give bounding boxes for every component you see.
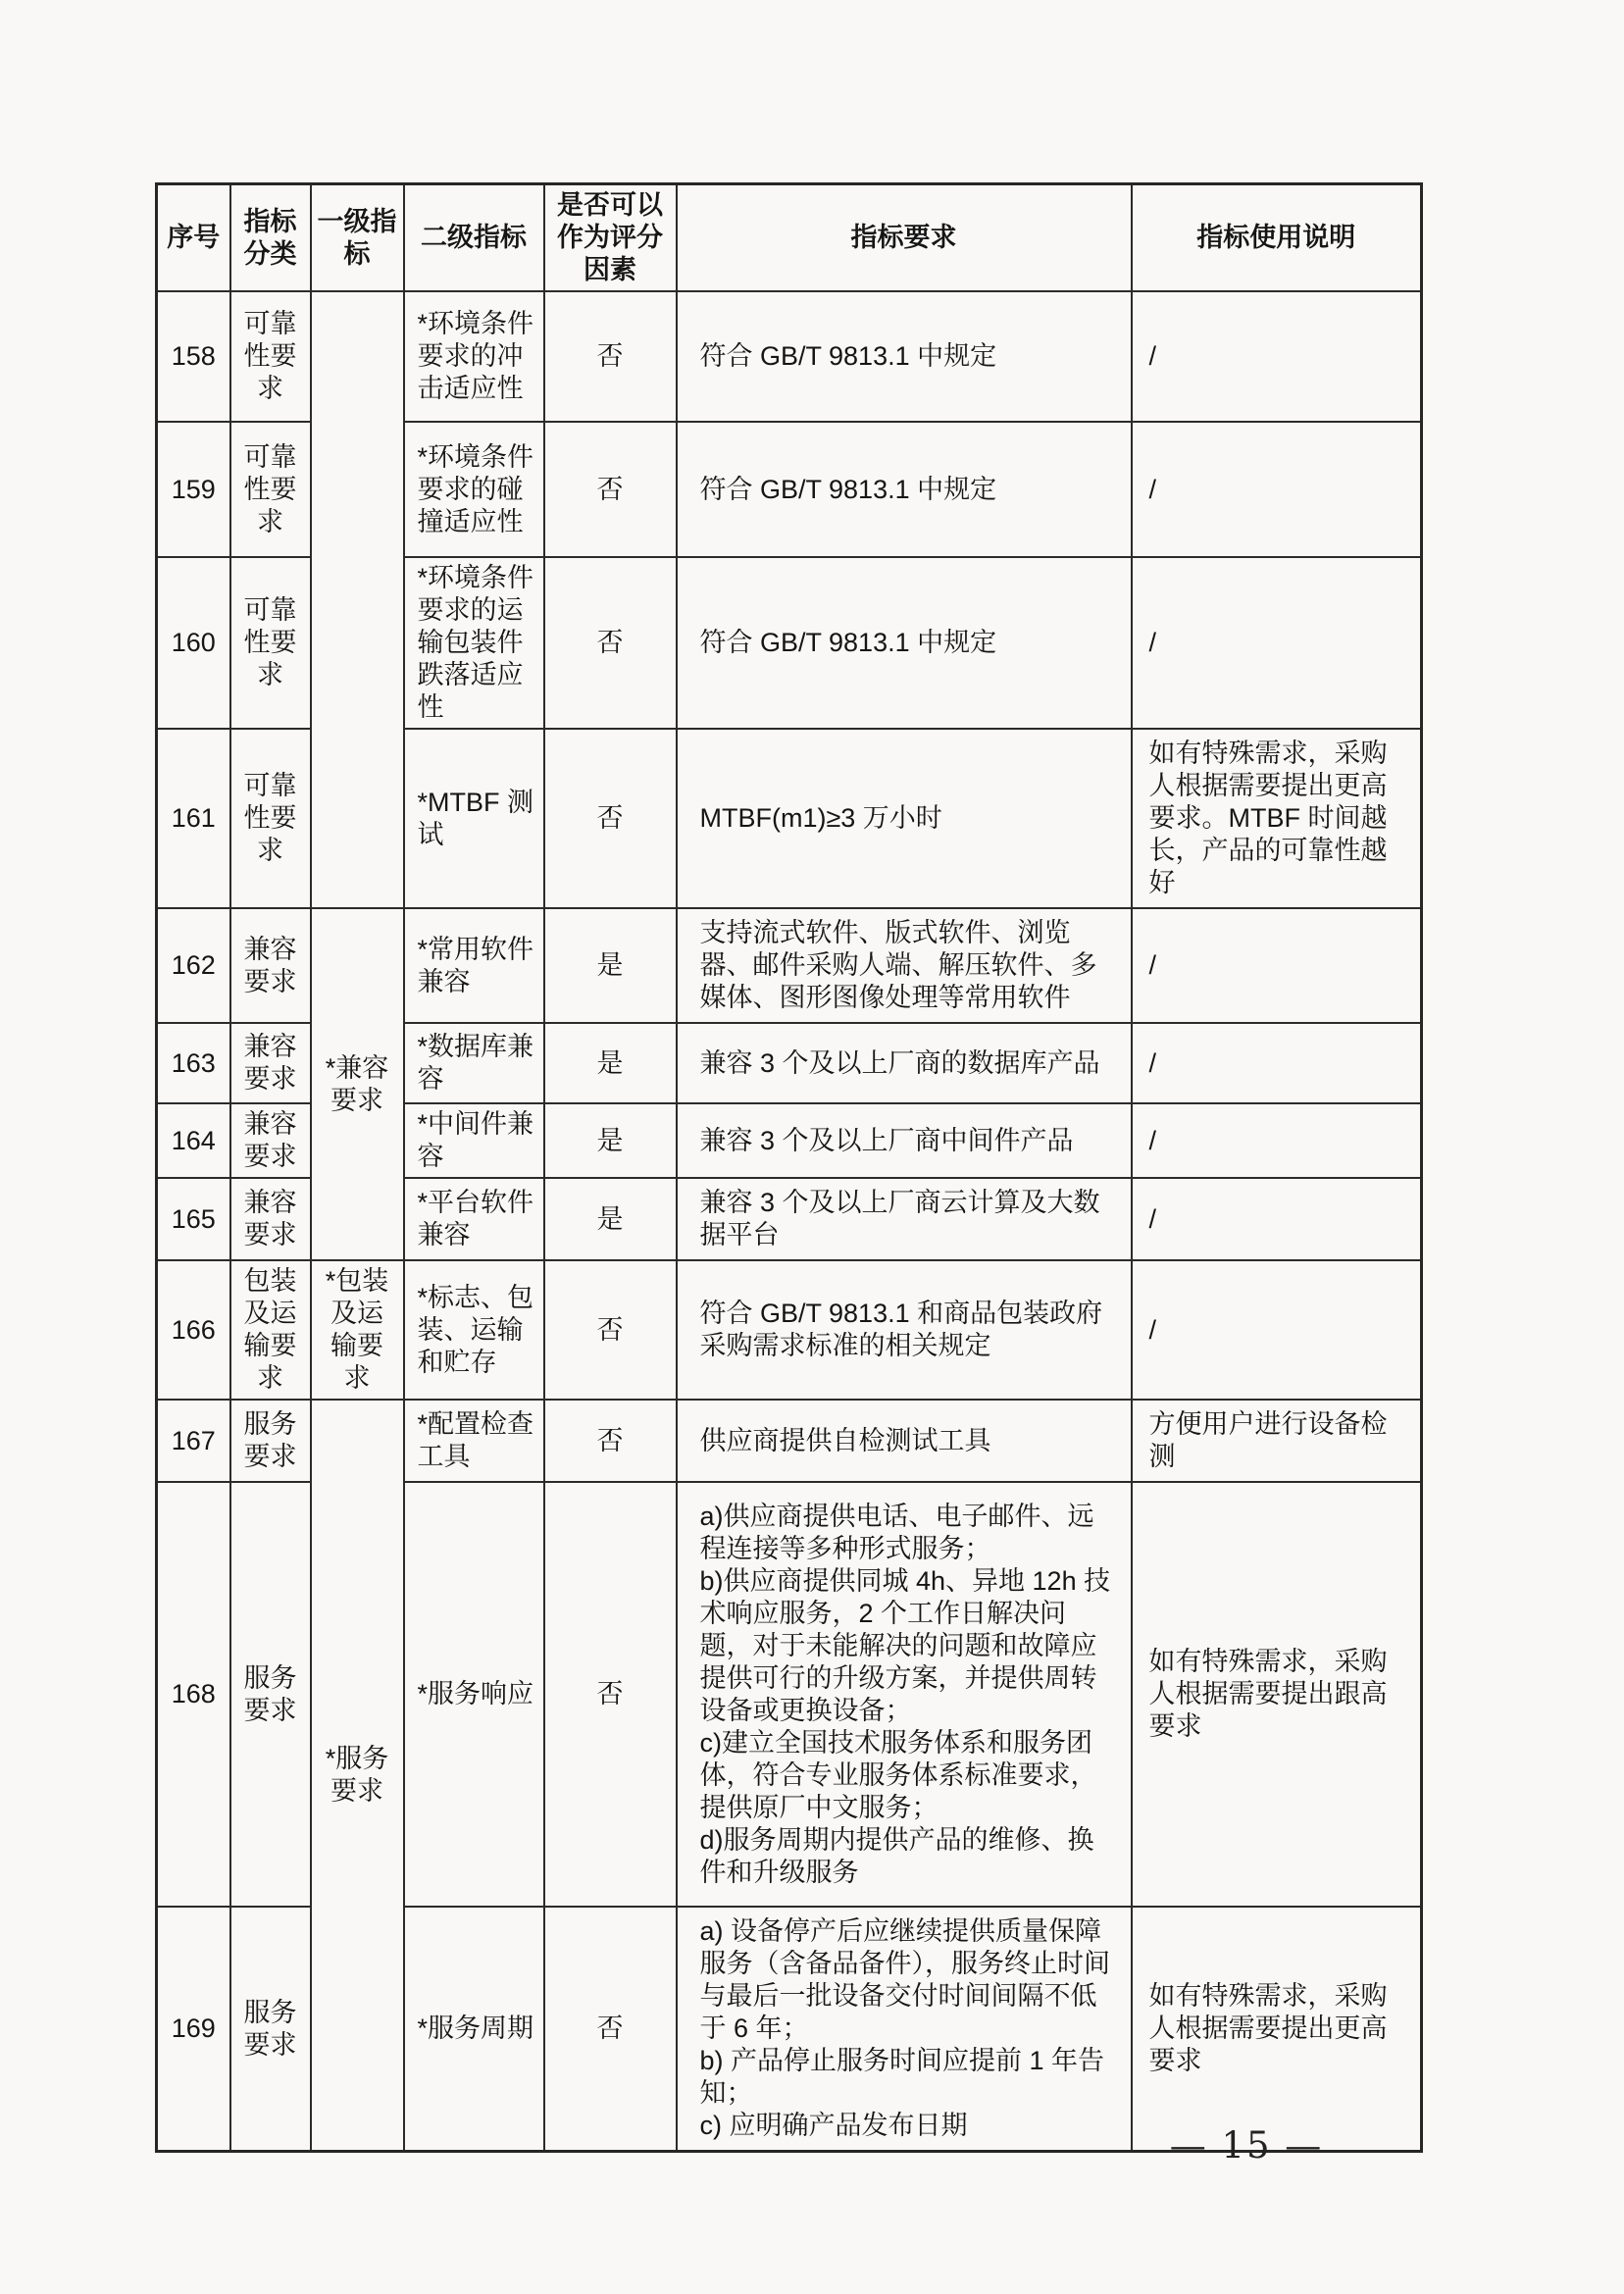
- cell-level2: *常用软件兼容: [404, 908, 544, 1023]
- cell-level2: *服务周期: [404, 1907, 544, 2152]
- cell-usage: /: [1132, 908, 1422, 1023]
- cell-no: 167: [157, 1400, 230, 1482]
- cell-scoring: 否: [544, 422, 677, 557]
- document-page: 序号 指标分类 一级指标 二级指标 是否可以作为评分因素 指标要求 指标使用说明…: [0, 0, 1624, 2294]
- cell-scoring: 是: [544, 1023, 677, 1103]
- cell-level2: *标志、包装、运输和贮存: [404, 1260, 544, 1400]
- cell-usage: 如有特殊需求，采购人根据需要提出跟高要求: [1132, 1482, 1422, 1907]
- cell-level1: *包装及运输要求: [311, 1260, 404, 1400]
- cell-requirement: 供应商提供自检测试工具: [677, 1400, 1132, 1482]
- cell-scoring: 否: [544, 1260, 677, 1400]
- cell-usage: 方便用户进行设备检测: [1132, 1400, 1422, 1482]
- cell-requirement: a) 设备停产后应继续提供质量保障服务（含备品备件），服务终止时间与最后一批设备…: [677, 1907, 1132, 2152]
- cell-category: 兼容要求: [230, 1023, 311, 1103]
- cell-category: 可靠性要求: [230, 291, 311, 422]
- cell-requirement: 兼容 3 个及以上厂商中间件产品: [677, 1103, 1132, 1178]
- cell-no: 158: [157, 291, 230, 422]
- cell-no: 164: [157, 1103, 230, 1178]
- cell-no: 159: [157, 422, 230, 557]
- cell-scoring: 否: [544, 291, 677, 422]
- cell-usage: 如有特殊需求，采购人根据需要提出更高要求: [1132, 1907, 1422, 2152]
- cell-category: 服务要求: [230, 1482, 311, 1907]
- header-category: 指标分类: [230, 184, 311, 292]
- cell-usage: /: [1132, 1260, 1422, 1400]
- header-scoring: 是否可以作为评分因素: [544, 184, 677, 292]
- cell-scoring: 否: [544, 1907, 677, 2152]
- cell-level2: *MTBF 测试: [404, 729, 544, 908]
- table-row: 162 兼容要求 *兼容要求 *常用软件兼容 是 支持流式软件、版式软件、浏览器…: [157, 908, 1422, 1023]
- page-number: — 15 —: [1124, 2124, 1369, 2167]
- cell-usage: /: [1132, 422, 1422, 557]
- cell-requirement: 符合 GB/T 9813.1 中规定: [677, 422, 1132, 557]
- cell-usage: 如有特殊需求，采购人根据需要提出更高要求。MTBF 时间越长，产品的可靠性越好: [1132, 729, 1422, 908]
- cell-usage: /: [1132, 557, 1422, 729]
- cell-requirement: 支持流式软件、版式软件、浏览器、邮件采购人端、解压软件、多媒体、图形图像处理等常…: [677, 908, 1132, 1023]
- cell-category: 服务要求: [230, 1907, 311, 2152]
- cell-requirement: a)供应商提供电话、电子邮件、远程连接等多种形式服务； b)供应商提供同城 4h…: [677, 1482, 1132, 1907]
- cell-level1-merged: *服务要求: [311, 1400, 404, 2152]
- cell-no: 165: [157, 1178, 230, 1260]
- cell-category: 可靠性要求: [230, 729, 311, 908]
- spec-table: 序号 指标分类 一级指标 二级指标 是否可以作为评分因素 指标要求 指标使用说明…: [155, 182, 1423, 2153]
- table-row: 166 包装及运输要求 *包装及运输要求 *标志、包装、运输和贮存 否 符合 G…: [157, 1260, 1422, 1400]
- cell-requirement: 兼容 3 个及以上厂商云计算及大数据平台: [677, 1178, 1132, 1260]
- header-level1: 一级指标: [311, 184, 404, 292]
- cell-level1-merged: [311, 291, 404, 908]
- cell-level2: *环境条件要求的运输包装件跌落适应性: [404, 557, 544, 729]
- cell-level1-merged: *兼容要求: [311, 908, 404, 1260]
- cell-level2: *环境条件要求的冲击适应性: [404, 291, 544, 422]
- cell-no: 162: [157, 908, 230, 1023]
- cell-category: 兼容要求: [230, 1178, 311, 1260]
- header-row: 序号 指标分类 一级指标 二级指标 是否可以作为评分因素 指标要求 指标使用说明: [157, 184, 1422, 292]
- cell-level2: *配置检查工具: [404, 1400, 544, 1482]
- header-level2: 二级指标: [404, 184, 544, 292]
- cell-level2: *平台软件兼容: [404, 1178, 544, 1260]
- cell-category: 兼容要求: [230, 1103, 311, 1178]
- cell-category: 可靠性要求: [230, 557, 311, 729]
- cell-scoring: 否: [544, 1482, 677, 1907]
- cell-requirement: 符合 GB/T 9813.1 中规定: [677, 557, 1132, 729]
- cell-requirement: MTBF(m1)≥3 万小时: [677, 729, 1132, 908]
- cell-requirement: 兼容 3 个及以上厂商的数据库产品: [677, 1023, 1132, 1103]
- cell-category: 兼容要求: [230, 908, 311, 1023]
- cell-usage: /: [1132, 1178, 1422, 1260]
- cell-category: 可靠性要求: [230, 422, 311, 557]
- cell-scoring: 否: [544, 729, 677, 908]
- cell-no: 160: [157, 557, 230, 729]
- cell-usage: /: [1132, 1103, 1422, 1178]
- cell-category: 包装及运输要求: [230, 1260, 311, 1400]
- cell-level2: *服务响应: [404, 1482, 544, 1907]
- cell-level2: *中间件兼容: [404, 1103, 544, 1178]
- cell-no: 169: [157, 1907, 230, 2152]
- cell-usage: /: [1132, 291, 1422, 422]
- cell-scoring: 是: [544, 1103, 677, 1178]
- cell-level2: *环境条件要求的碰撞适应性: [404, 422, 544, 557]
- header-no: 序号: [157, 184, 230, 292]
- cell-scoring: 是: [544, 908, 677, 1023]
- cell-no: 161: [157, 729, 230, 908]
- cell-requirement: 符合 GB/T 9813.1 和商品包装政府采购需求标准的相关规定: [677, 1260, 1132, 1400]
- cell-scoring: 否: [544, 557, 677, 729]
- cell-category: 服务要求: [230, 1400, 311, 1482]
- cell-level2: *数据库兼容: [404, 1023, 544, 1103]
- table-row: 158 可靠性要求 *环境条件要求的冲击适应性 否 符合 GB/T 9813.1…: [157, 291, 1422, 422]
- cell-usage: /: [1132, 1023, 1422, 1103]
- cell-scoring: 否: [544, 1400, 677, 1482]
- header-usage: 指标使用说明: [1132, 184, 1422, 292]
- cell-no: 166: [157, 1260, 230, 1400]
- cell-requirement: 符合 GB/T 9813.1 中规定: [677, 291, 1132, 422]
- cell-no: 163: [157, 1023, 230, 1103]
- cell-no: 168: [157, 1482, 230, 1907]
- cell-scoring: 是: [544, 1178, 677, 1260]
- table-row: 167 服务要求 *服务要求 *配置检查工具 否 供应商提供自检测试工具 方便用…: [157, 1400, 1422, 1482]
- header-requirement: 指标要求: [677, 184, 1132, 292]
